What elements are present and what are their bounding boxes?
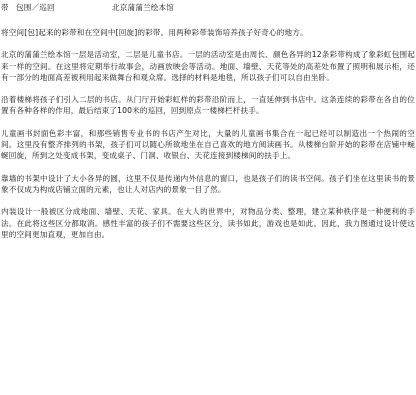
header-tag: 带 bbox=[1, 2, 16, 14]
document-page: 带 包围／巡回 北京蒲蒲兰绘本馆 将空间[包]起来的彩带和在空间中[回旋]的彩带… bbox=[0, 0, 415, 240]
spacer bbox=[1, 83, 415, 94]
header-subtitle: 包围／巡回 bbox=[16, 2, 112, 14]
paragraph-bookshelf: 靠墙的书架中设计了大小各异的圆，这里不仅是传递内外信息的窗口，也是孩子们的读书空… bbox=[1, 173, 415, 196]
paragraph-first-floor: 北京的蒲蒲兰绘本馆一层是活动室，二层是儿童书店。一层的活动室是由周长、颜色各异的… bbox=[1, 49, 415, 83]
paragraph-design: 内装设计一般被区分成地面、墙壁、天花、家具。在大人的世界中，对物品分类、整理，建… bbox=[1, 206, 415, 240]
spacer bbox=[1, 195, 415, 206]
paragraph-intro: 将空间[包]起来的彩带和在空间中[回旋]的彩带。用两种彩带装饰培养孩子好奇心的地… bbox=[1, 27, 415, 38]
document-header: 带 包围／巡回 北京蒲蒲兰绘本馆 bbox=[1, 2, 415, 14]
spacer bbox=[1, 38, 415, 49]
paragraph-bookstore: 儿童画书封面色彩丰富，和那些销售专业书的书店产生对比，大量的儿童画书集合在一起已… bbox=[1, 128, 415, 162]
spacer bbox=[1, 162, 415, 173]
spacer bbox=[1, 117, 415, 128]
paragraph-stairs: 沿着楼梯将孩子们引入二层的书店。从门厅开始彩虹样的彩带沿阶而上，一直延伸到书店中… bbox=[1, 94, 415, 117]
header-title: 北京蒲蒲兰绘本馆 bbox=[112, 2, 174, 14]
spacer bbox=[1, 14, 415, 27]
